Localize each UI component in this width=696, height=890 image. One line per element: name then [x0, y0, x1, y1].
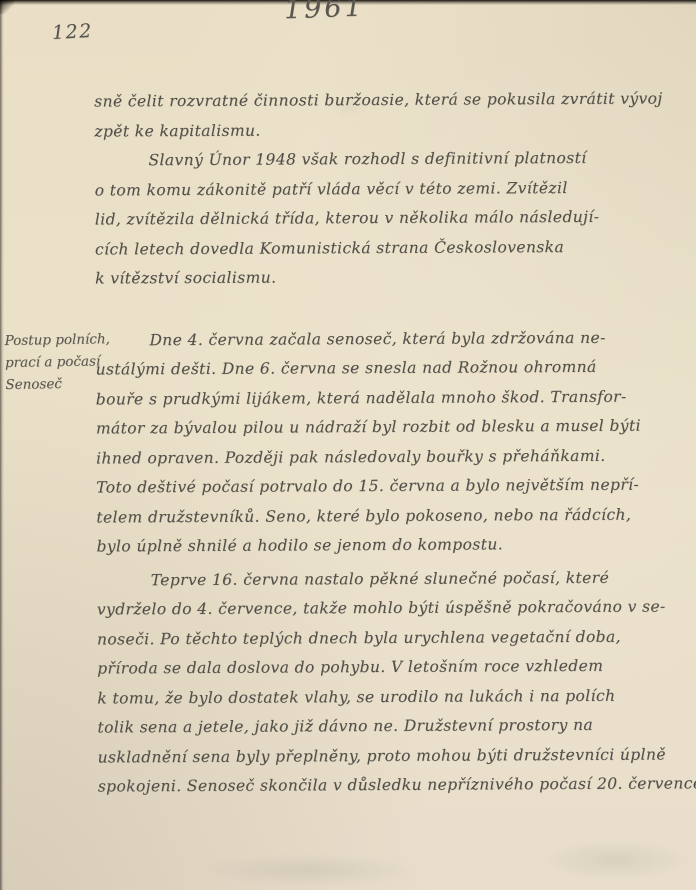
year-header: 1961: [283, 0, 365, 25]
text-line: spokojeni. Senoseč skončila v důsledku n…: [98, 770, 664, 802]
text-line: noseči. Po těchto teplých dnech byla ury…: [97, 622, 663, 654]
ink-show-through: [200, 855, 420, 885]
text-line: tolik sena a jetele, jako již dávno ne. …: [97, 711, 663, 743]
text-line: telem družstevníků. Seno, které bylo pok…: [96, 500, 662, 532]
text-line: bouře s prudkými lijákem, která nadělala…: [96, 382, 662, 414]
text-line: o tom komu zákonitě patří vláda věcí v t…: [95, 173, 661, 205]
paragraph-february-1948: Slavný Únor 1948 však rozhodl s definiti…: [94, 144, 661, 294]
text-line: vydrželo do 4. července, takže mohlo být…: [97, 593, 663, 625]
paragraph-sunny-weather: Teprve 16. června nastalo pěkné slunečné…: [97, 563, 664, 802]
text-line: lid, zvítězila dělnická třída, kterou v …: [95, 203, 661, 235]
paragraph-continuation: sně čelit rozvratné činnosti buržoasie, …: [94, 85, 660, 147]
ink-show-through: [540, 840, 690, 880]
text-line: k vítězství socialismu.: [95, 262, 661, 294]
text-line: Slavný Únor 1948 však rozhodl s definiti…: [94, 144, 660, 176]
text-line: ustálými dešti. Dne 6. června se snesla …: [96, 353, 662, 385]
chronicle-page-scan: 1961 122 Postup polních, prací a počasí …: [0, 0, 696, 890]
text-line: uskladnění sena byly přeplněny, proto mo…: [98, 740, 664, 772]
paragraph-haymaking-weather: Dne 4. června začala senoseč, která byla…: [95, 323, 662, 562]
text-line: Teprve 16. června nastalo pěkné slunečné…: [97, 563, 663, 595]
text-line: mátor za bývalou pilou u nádraží byl roz…: [96, 412, 662, 444]
text-line: ihned opraven. Později pak následovaly b…: [96, 441, 662, 473]
text-line: cích letech dovedla Komunistická strana …: [95, 232, 661, 264]
text-line: Dne 4. června začala senoseč, která byla…: [95, 323, 661, 355]
text-line: Toto deštivé počasí potrvalo do 15. červ…: [96, 471, 662, 503]
text-line: bylo úplně shnilé a hodilo se jenom do k…: [96, 530, 662, 562]
text-line: sně čelit rozvratné činnosti buržoasie, …: [94, 85, 660, 117]
body-text: sně čelit rozvratné činnosti buržoasie, …: [94, 85, 664, 802]
text-line: k tomu, že bylo dostatek vlahy, se urodi…: [97, 681, 663, 713]
text-line: příroda se dala doslova do pohybu. V let…: [97, 652, 663, 684]
scan-edge-left: [0, 0, 4, 890]
text-line: zpět ke kapitalismu.: [94, 114, 660, 146]
page-number: 122: [51, 20, 93, 44]
scan-edge-corner: [0, 0, 14, 14]
